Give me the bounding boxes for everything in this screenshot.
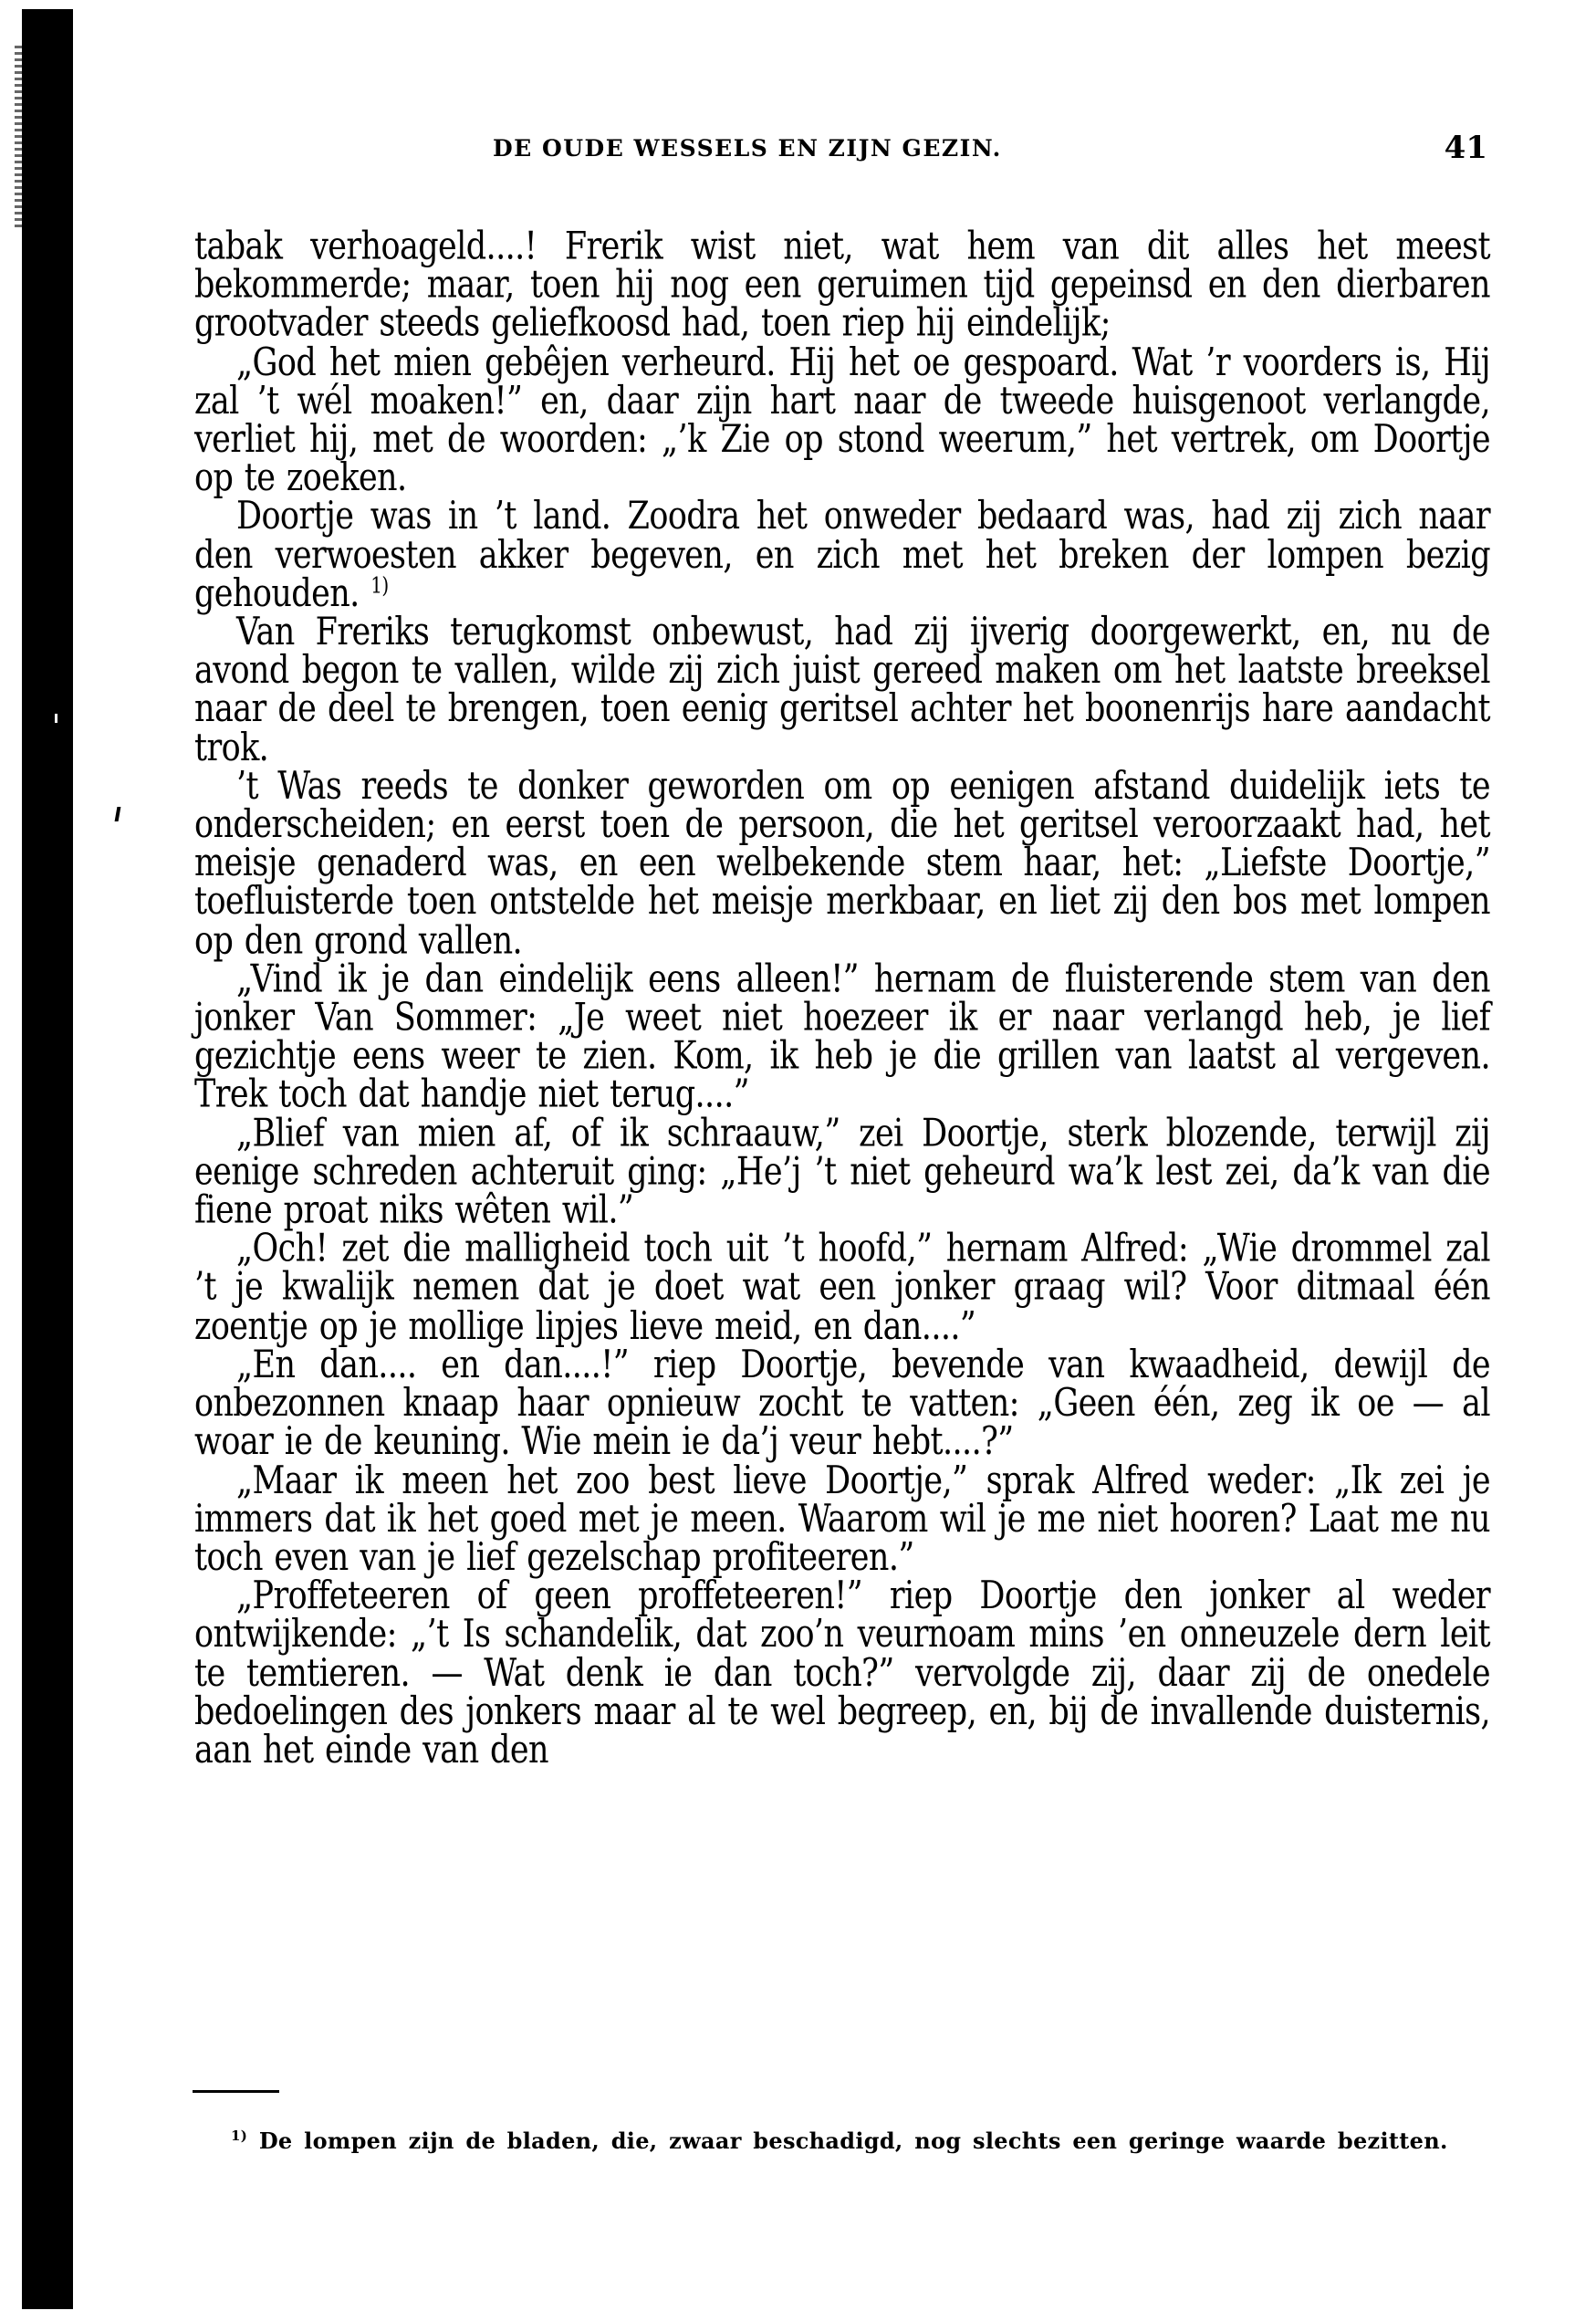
- paragraph: ’t Was reeds te donker geworden om op ee…: [194, 768, 1490, 960]
- running-head: DE OUDE WESSELS EN ZIJN GEZIN. 41: [493, 135, 1542, 172]
- footnote-text: De lompen zijn de bladen, die, zwaar bes…: [259, 2128, 1448, 2154]
- paragraph: „Blief van mien af, of ik schraauw,” zei…: [194, 1115, 1490, 1231]
- paragraph: „Och! zet die malligheid toch uit ’t hoo…: [194, 1230, 1490, 1346]
- paragraph-text: Doortje was in ’t land. Zoodra het onwed…: [194, 495, 1490, 615]
- page-number: 41: [1445, 130, 1487, 166]
- paragraph: „God het mien gebêjen verheurd. Hij het …: [194, 344, 1490, 498]
- book-spine-shadow: [22, 9, 73, 2309]
- footnote-ref[interactable]: 1): [370, 572, 388, 599]
- paragraph: tabak verhoageld....! Frerik wist niet, …: [194, 228, 1490, 344]
- paragraph: „Maar ik meen het zoo best lieve Doortje…: [194, 1462, 1490, 1578]
- margin-mark: [115, 807, 121, 821]
- paragraph: „En dan.... en dan....!” riep Doortje, b…: [194, 1346, 1490, 1462]
- running-head-title: DE OUDE WESSELS EN ZIJN GEZIN.: [493, 135, 1002, 162]
- footnote-divider: [193, 2090, 279, 2093]
- paragraph: „Proffeteeren of geen proffeteeren!” rie…: [194, 1578, 1490, 1771]
- footnotes: 1) De lompen zijn de bladen, die, zwaar …: [194, 2127, 1495, 2156]
- paragraph: „Vind ik je dan eindelijk eens alleen!” …: [194, 961, 1490, 1115]
- paragraph: Doortje was in ’t land. Zoodra het onwed…: [194, 498, 1490, 614]
- footnote-marker: 1): [231, 2128, 247, 2144]
- scan-speck: [55, 714, 57, 723]
- paragraph: Van Freriks terugkomst onbewust, had zij…: [194, 613, 1490, 768]
- body-text: tabak verhoageld....! Frerik wist niet, …: [194, 228, 1490, 1771]
- footnote: 1) De lompen zijn de bladen, die, zwaar …: [194, 2127, 1495, 2156]
